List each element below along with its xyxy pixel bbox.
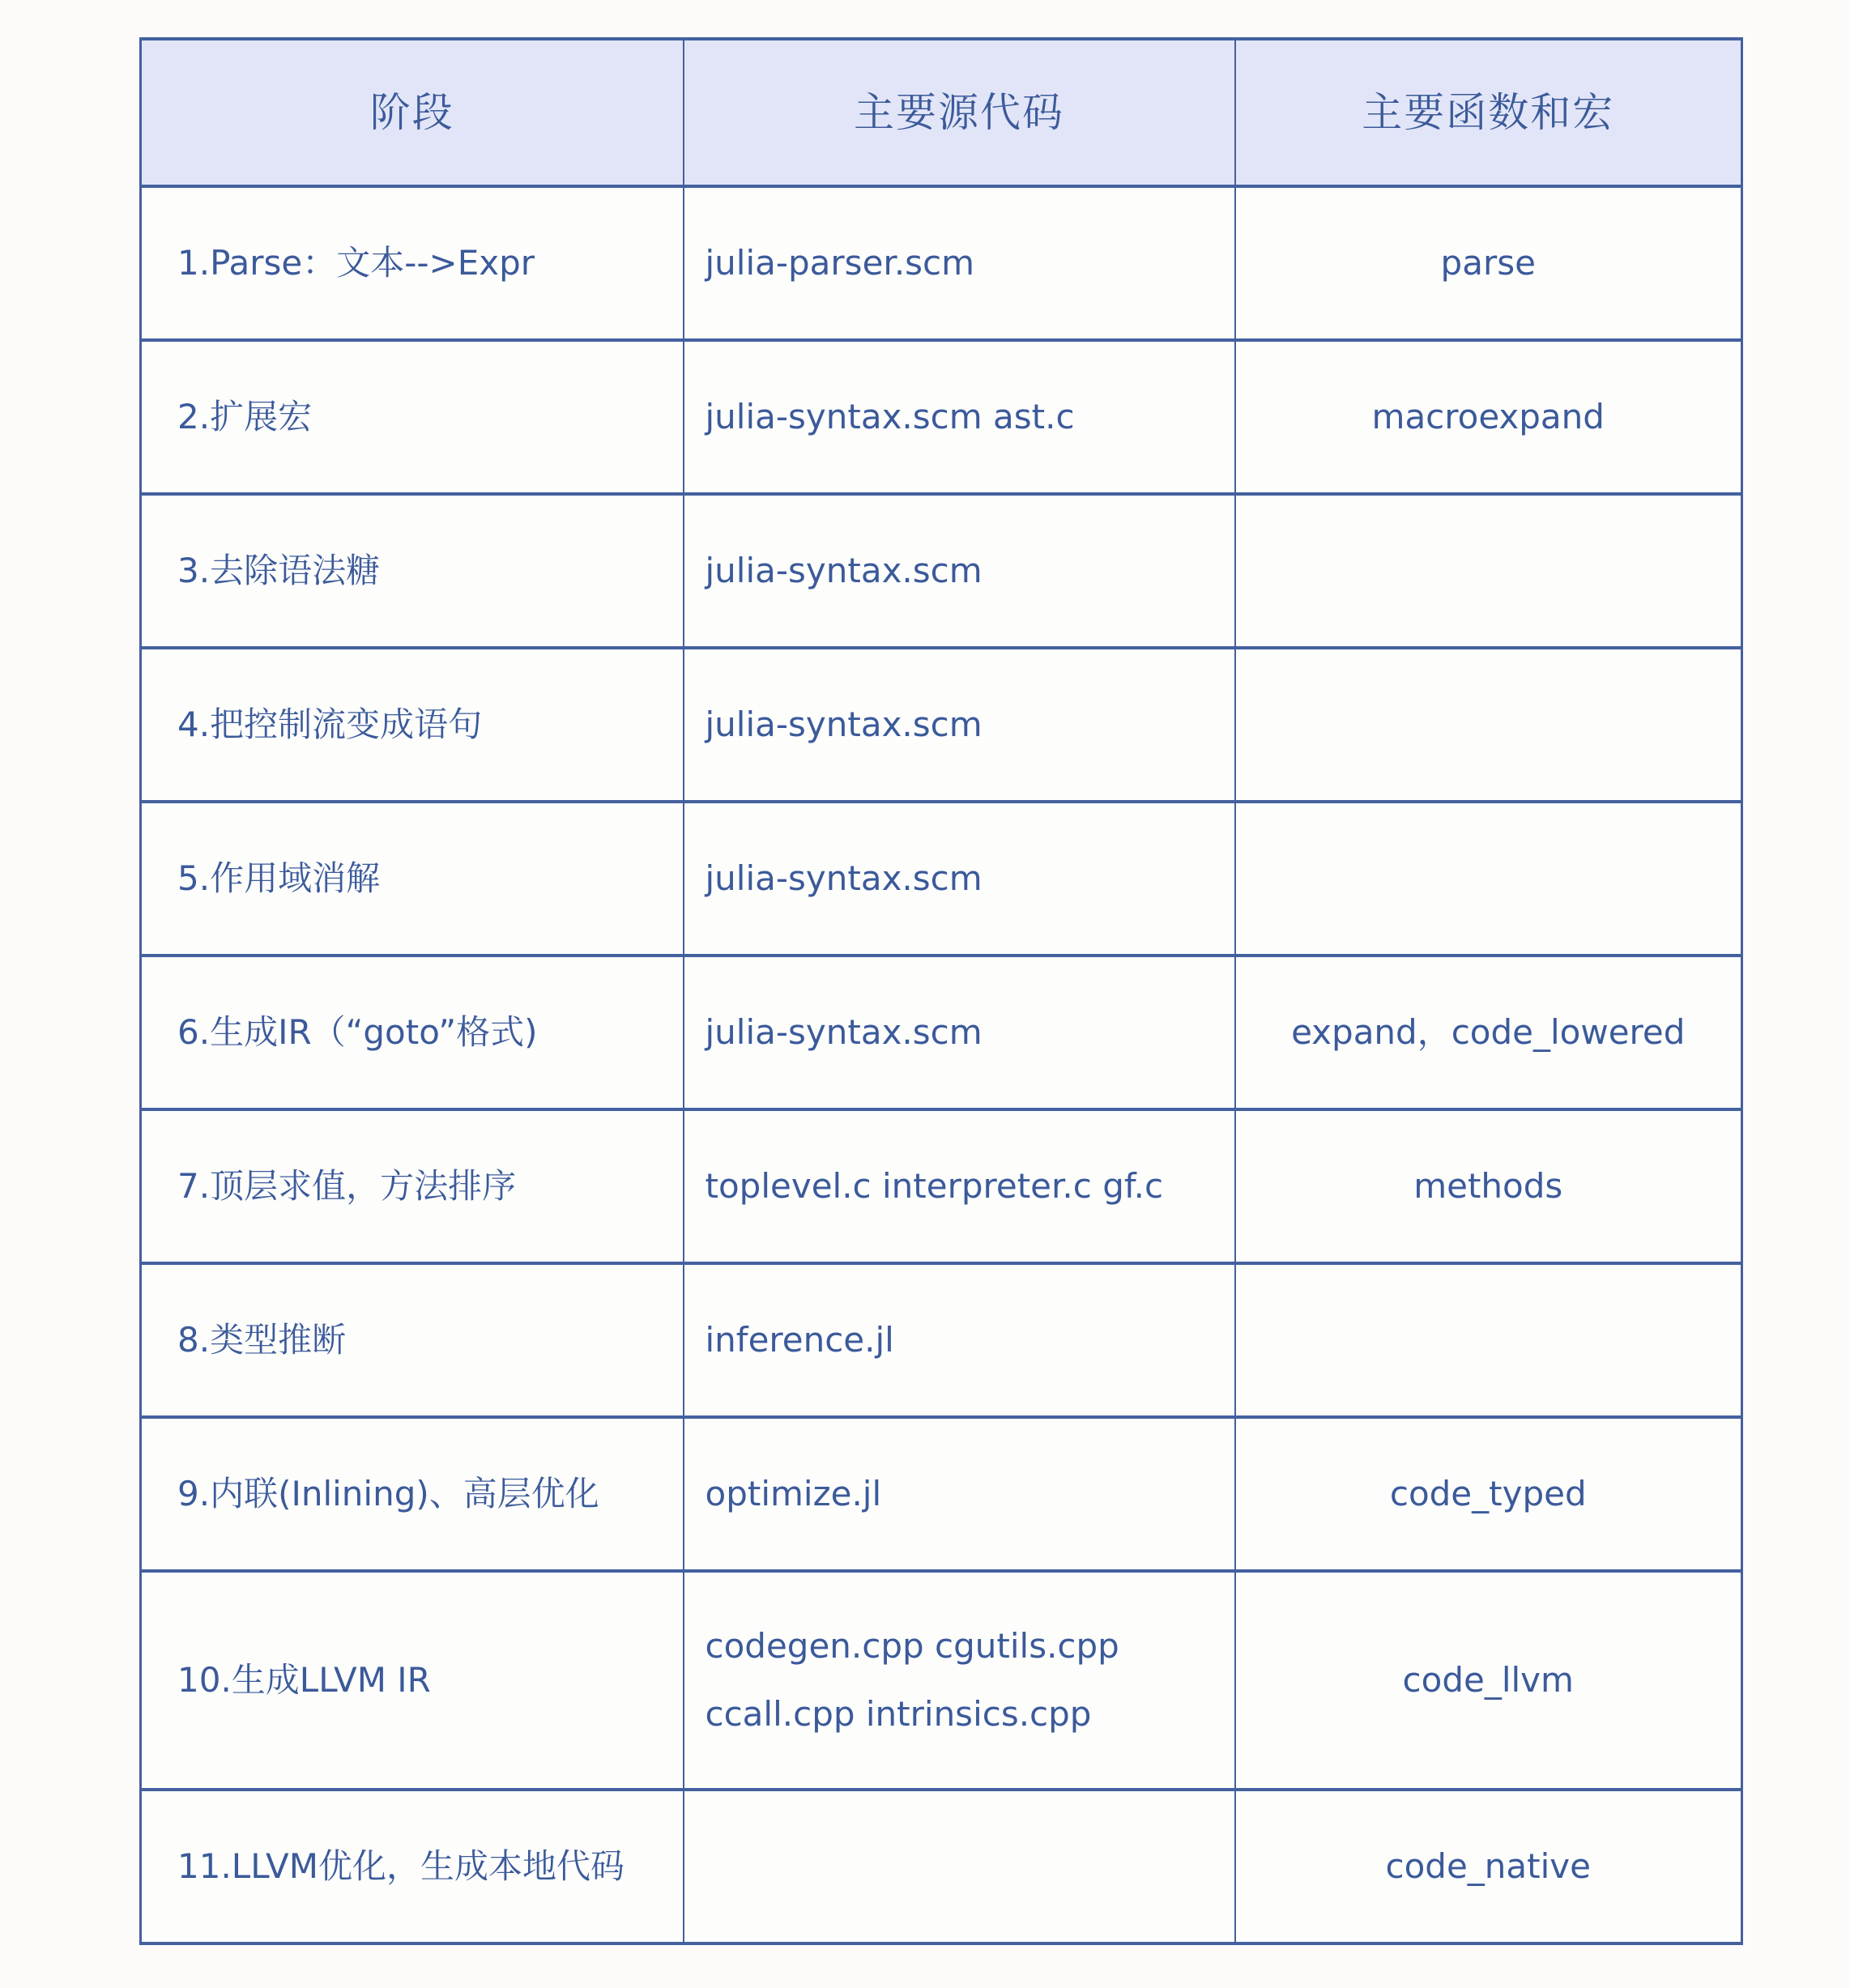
- source-cell: julia-syntax.scm: [684, 802, 1235, 956]
- table-row: 10.生成LLVM IR codegen.cpp cgutils.cpp cca…: [141, 1571, 1742, 1790]
- column-header-functions: 主要函数和宏: [1235, 39, 1742, 186]
- table-row: 6.生成IR（“goto”格式) julia-syntax.scm expand…: [141, 956, 1742, 1109]
- functions-cell: [1235, 494, 1742, 648]
- source-cell: julia-syntax.scm: [684, 956, 1235, 1109]
- stage-cell: 6.生成IR（“goto”格式): [141, 956, 684, 1109]
- functions-cell: methods: [1235, 1109, 1742, 1263]
- table-row: 2.扩展宏 julia-syntax.scm ast.c macroexpand: [141, 340, 1742, 494]
- stage-cell: 2.扩展宏: [141, 340, 684, 494]
- source-cell: inference.jl: [684, 1263, 1235, 1417]
- compiler-stages-table: 阶段 主要源代码 主要函数和宏 1.Parse：文本-->Expr julia-…: [139, 37, 1743, 1945]
- stage-cell: 11.LLVM优化，生成本地代码: [141, 1790, 684, 1943]
- stage-cell: 1.Parse：文本-->Expr: [141, 186, 684, 340]
- table-row: 7.顶层求值，方法排序 toplevel.c interpreter.c gf.…: [141, 1109, 1742, 1263]
- functions-cell: code_llvm: [1235, 1571, 1742, 1790]
- stage-cell: 8.类型推断: [141, 1263, 684, 1417]
- functions-cell: code_typed: [1235, 1417, 1742, 1571]
- column-header-source: 主要源代码: [684, 39, 1235, 186]
- source-cell: julia-syntax.scm: [684, 648, 1235, 802]
- source-cell: julia-parser.scm: [684, 186, 1235, 340]
- source-cell: julia-syntax.scm ast.c: [684, 340, 1235, 494]
- table-row: 5.作用域消解 julia-syntax.scm: [141, 802, 1742, 956]
- source-cell: codegen.cpp cgutils.cpp ccall.cpp intrin…: [684, 1571, 1235, 1790]
- functions-cell: macroexpand: [1235, 340, 1742, 494]
- stage-cell: 3.去除语法糖: [141, 494, 684, 648]
- functions-cell: parse: [1235, 186, 1742, 340]
- source-cell: optimize.jl: [684, 1417, 1235, 1571]
- stage-cell: 4.把控制流变成语句: [141, 648, 684, 802]
- stage-cell: 7.顶层求值，方法排序: [141, 1109, 684, 1263]
- table-row: 8.类型推断 inference.jl: [141, 1263, 1742, 1417]
- source-cell: toplevel.c interpreter.c gf.c: [684, 1109, 1235, 1263]
- source-cell: [684, 1790, 1235, 1943]
- functions-cell: [1235, 802, 1742, 956]
- table-row: 11.LLVM优化，生成本地代码 code_native: [141, 1790, 1742, 1943]
- header-row: 阶段 主要源代码 主要函数和宏: [141, 39, 1742, 186]
- table-row: 9.内联(Inlining)、高层优化 optimize.jl code_typ…: [141, 1417, 1742, 1571]
- source-cell: julia-syntax.scm: [684, 494, 1235, 648]
- table-row: 4.把控制流变成语句 julia-syntax.scm: [141, 648, 1742, 802]
- stage-cell: 9.内联(Inlining)、高层优化: [141, 1417, 684, 1571]
- functions-cell: expand，code_lowered: [1235, 956, 1742, 1109]
- stage-cell: 5.作用域消解: [141, 802, 684, 956]
- functions-cell: [1235, 1263, 1742, 1417]
- functions-cell: code_native: [1235, 1790, 1742, 1943]
- stage-cell: 10.生成LLVM IR: [141, 1571, 684, 1790]
- column-header-stage: 阶段: [141, 39, 684, 186]
- functions-cell: [1235, 648, 1742, 802]
- table-row: 1.Parse：文本-->Expr julia-parser.scm parse: [141, 186, 1742, 340]
- table-row: 3.去除语法糖 julia-syntax.scm: [141, 494, 1742, 648]
